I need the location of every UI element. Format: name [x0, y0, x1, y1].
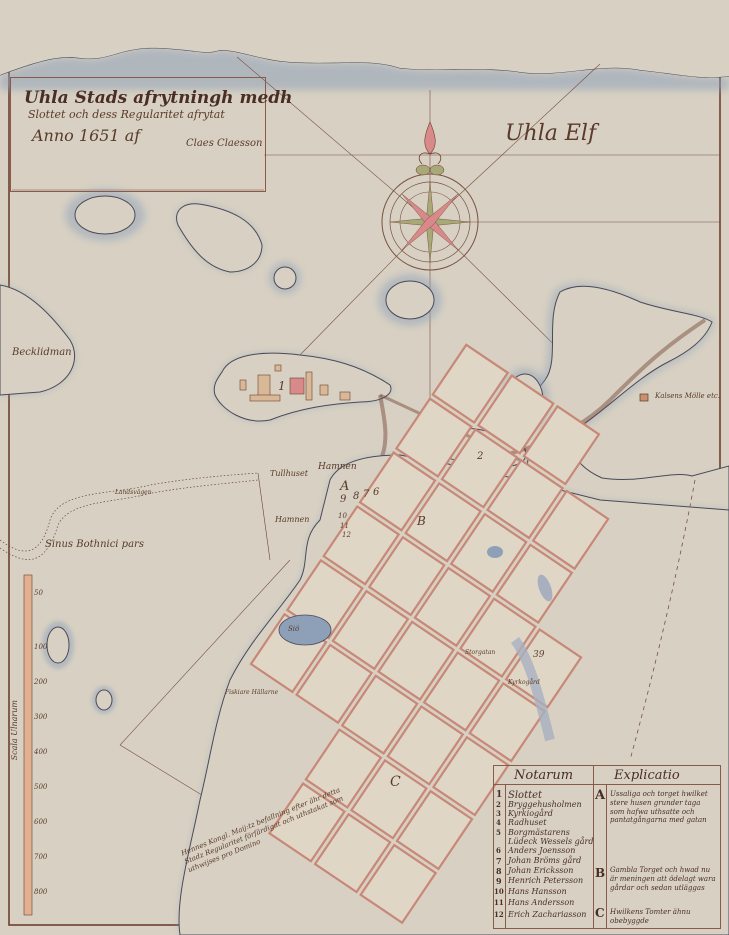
district-a-label: A: [340, 480, 349, 493]
compass-rose-icon: [382, 122, 478, 270]
legend-item: Johan Ericksson: [508, 866, 573, 875]
legend-header-explicatio: Explicatio: [614, 768, 680, 783]
pond-label: Siö: [288, 626, 299, 633]
mill-label: Kalsens Mölle etc.: [655, 393, 720, 400]
map-subtitle: Slottet och dess Regularitet afrytat: [28, 108, 225, 121]
scale-title: Scala Ulnarum: [10, 700, 19, 760]
lot-6: 6: [373, 488, 379, 498]
castle-number: 1: [278, 380, 286, 392]
bridge-number: 2: [477, 452, 483, 462]
legend-item: Erich Zachariasson: [508, 910, 586, 919]
legend-item: Borgmästarens: [508, 828, 570, 837]
legend-explanation: Ussaliga och torget hwilket stere husen …: [610, 790, 716, 825]
legend-header-notarum: Notarum: [514, 768, 573, 783]
churchyard-label: Kyrkogård: [508, 680, 540, 686]
harbour-label: Hamnen: [318, 463, 357, 472]
map-title: Uhla Stads afrytningh medh: [24, 88, 293, 108]
road-label: Landsvägen: [115, 490, 152, 496]
legend-explanation: Hwilkens Tomter ähnu obebyggde: [610, 908, 716, 926]
scale-tick: 200: [34, 678, 47, 686]
lot-10: 10: [338, 513, 347, 520]
legend-item: Johan Bröms gård: [508, 856, 581, 865]
toll-house-label: Tullhuset: [270, 470, 308, 478]
legend-item: Anders Joensson: [508, 846, 575, 855]
lot-11: 11: [340, 523, 349, 530]
sea-label: Sinus Bothnici pars: [45, 540, 144, 550]
legend-item: Bryggehusholmen: [508, 800, 582, 809]
scale-tick: 100: [34, 643, 47, 651]
scale-tick: 300: [34, 713, 47, 721]
legend-item: Hans Hansson: [508, 887, 567, 896]
scale-tick: 50: [34, 589, 43, 597]
scale-tick: 700: [34, 853, 47, 861]
district-b-label: B: [417, 515, 426, 527]
legend-table: Notarum Explicatio 1 Slottet 2 Bryggehus…: [493, 765, 721, 929]
lot-39-label: 39: [533, 651, 544, 660]
legend-item: Radhuset: [508, 818, 546, 827]
harbour-label-2: Hamnen: [275, 516, 309, 524]
island-label-becklidman: Becklidman: [12, 348, 72, 358]
map-signature: Claes Claesson: [186, 138, 263, 149]
fishery-label: Fiskiare Hällarne: [225, 690, 278, 696]
street-label: Storgatan: [465, 650, 495, 656]
scale-tick: 400: [34, 748, 47, 756]
lot-12: 12: [342, 532, 351, 539]
legend-item: Lüdeck Wessels gård: [508, 837, 593, 846]
scale-tick: 600: [34, 818, 47, 826]
lot-7: 7: [363, 490, 369, 500]
lot-9: 9: [340, 495, 346, 505]
legend-item: Hans Andersson: [508, 898, 574, 907]
legend-explanation: Gambla Torget och hwad nu är meningen at…: [610, 866, 716, 892]
river-label: Uhla Elf: [505, 123, 596, 145]
map-date: Anno 1651 af: [32, 126, 140, 145]
legend-item: Henrich Petersson: [508, 876, 583, 885]
scale-tick: 800: [34, 888, 47, 896]
legend-item: Kyrkiogård: [508, 809, 553, 818]
lot-8: 8: [353, 492, 359, 502]
scale-tick: 500: [34, 783, 47, 791]
district-c-label: C: [390, 775, 401, 789]
